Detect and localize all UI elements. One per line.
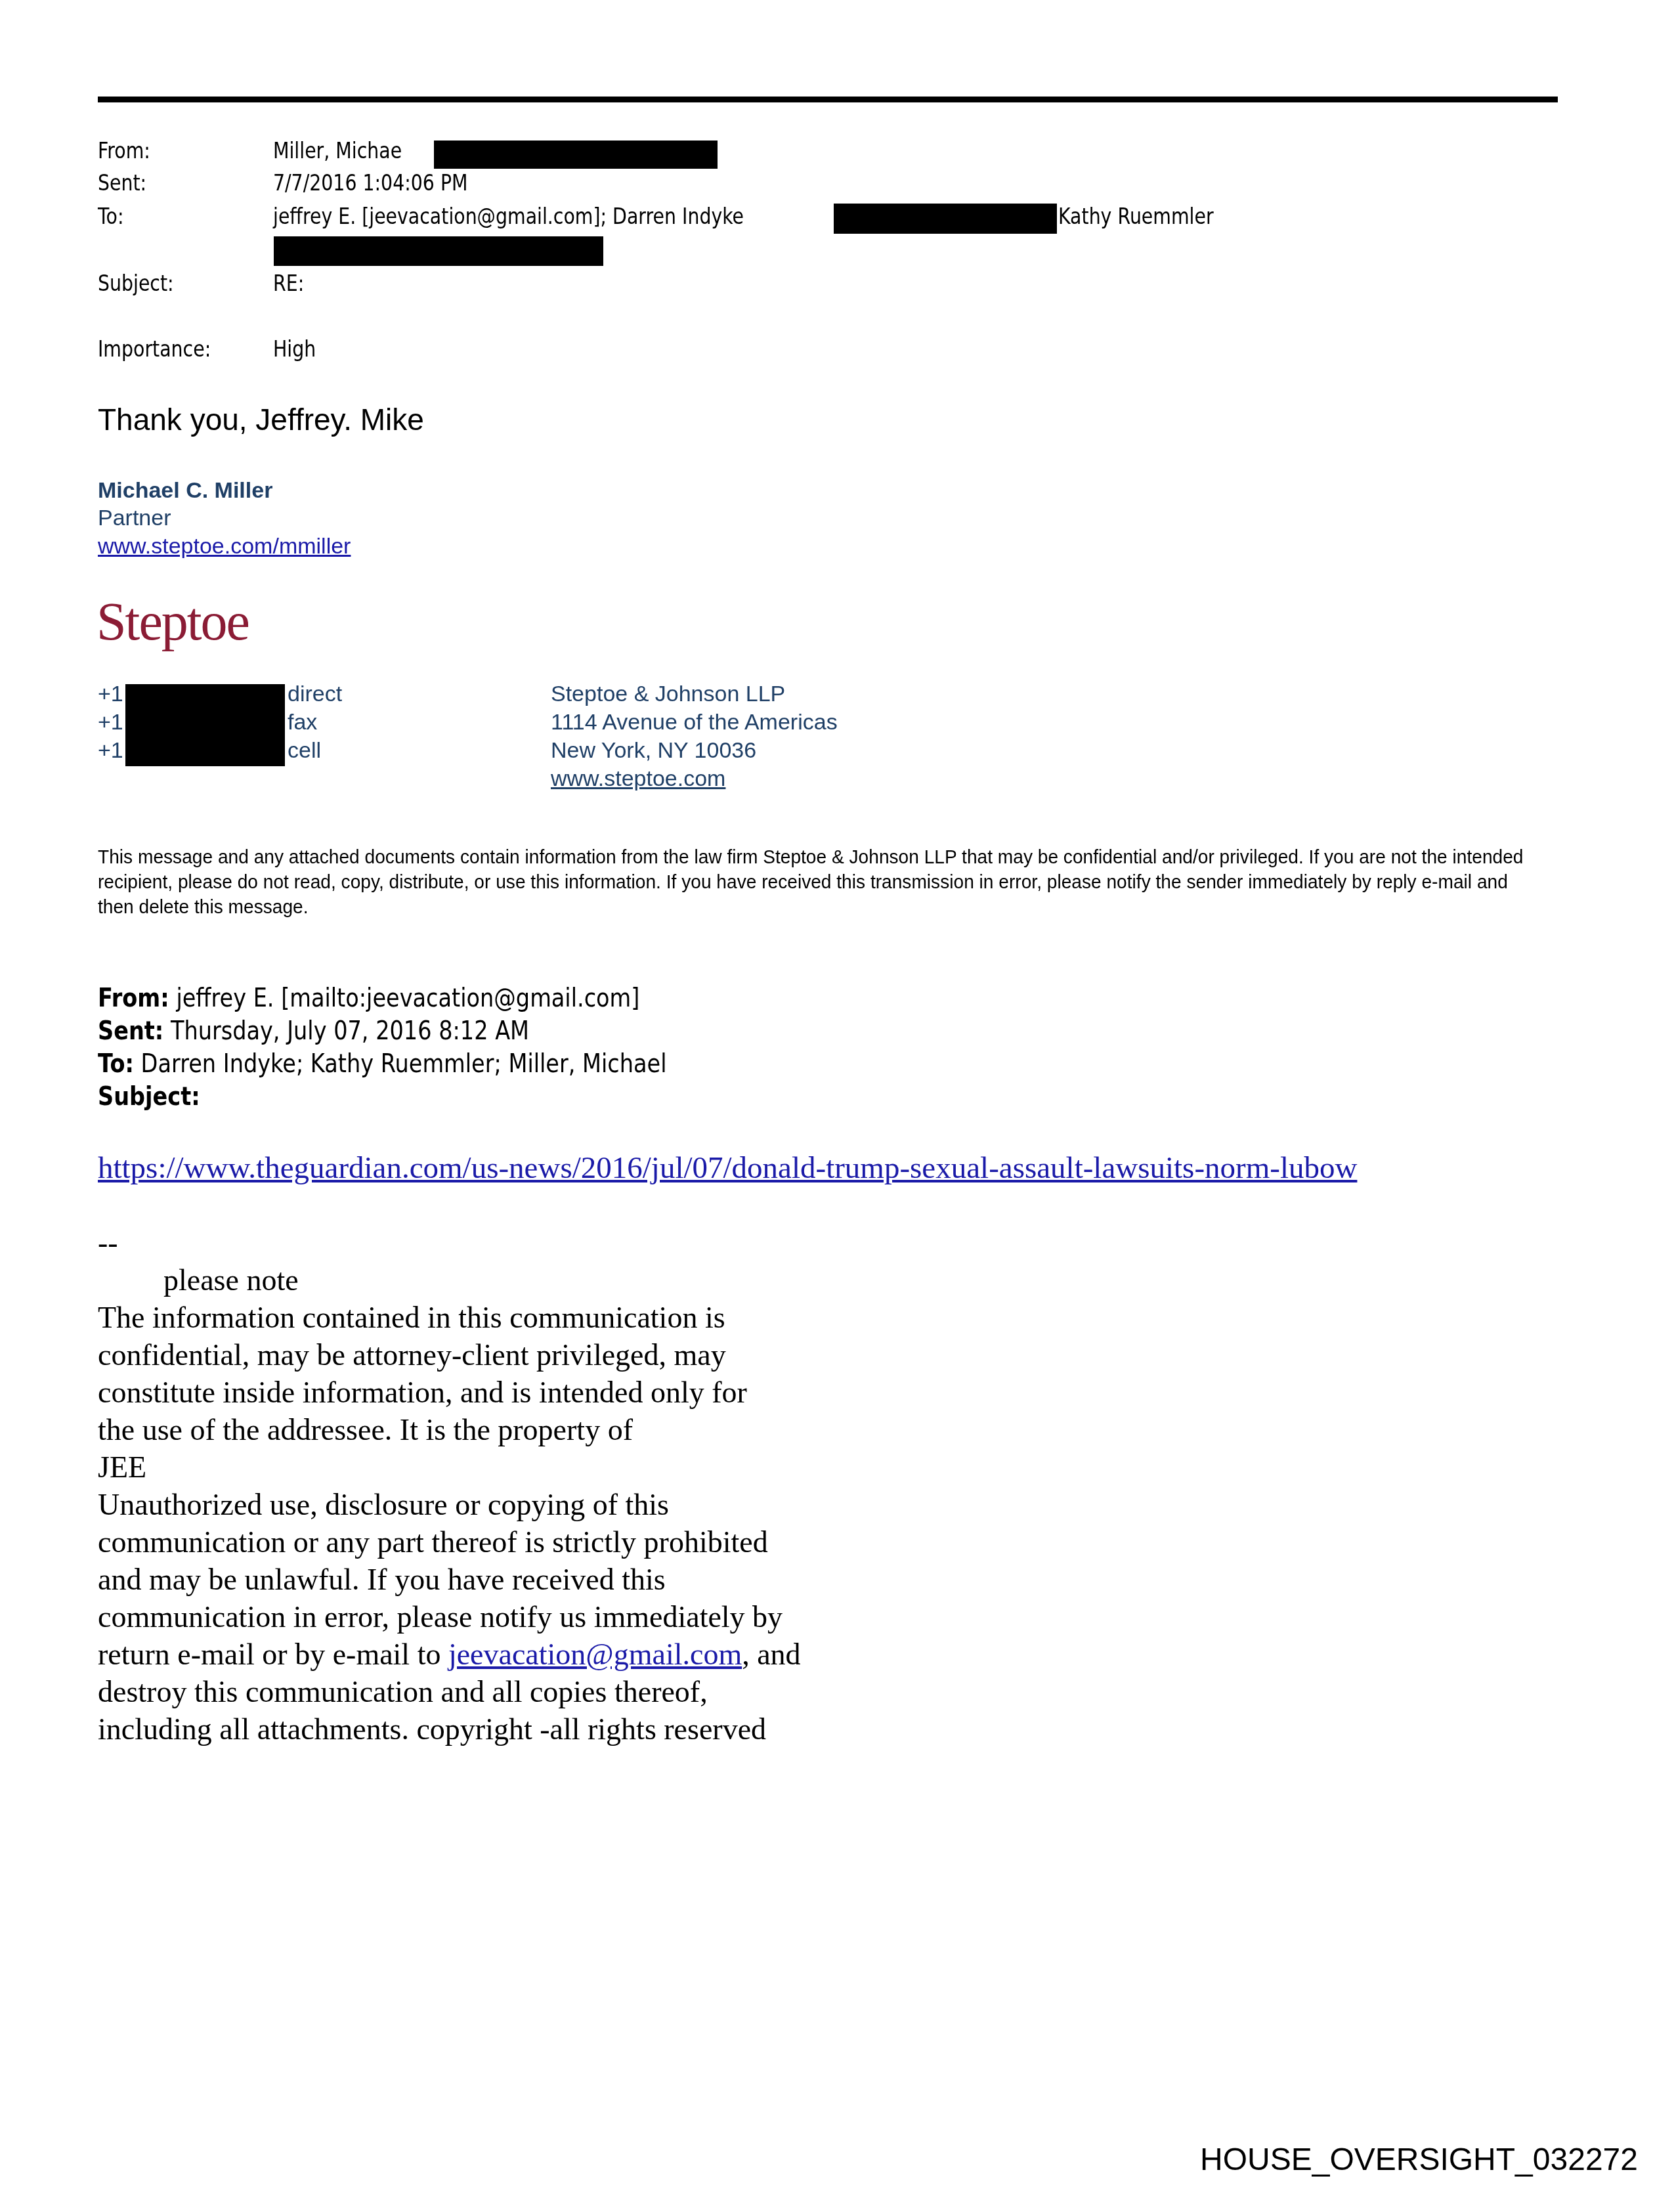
email-link[interactable]: jeevacation@gmail.com (448, 1637, 742, 1671)
importance-value: High (273, 336, 316, 362)
notice-line: destroy this communication and all copie… (98, 1673, 801, 1710)
notice-line: The information contained in this commun… (98, 1299, 801, 1336)
redaction-from-email (434, 141, 718, 169)
top-divider (98, 97, 1558, 102)
please-note: please note (163, 1261, 299, 1299)
phone-prefix-direct: +1 (98, 682, 123, 707)
guardian-article-link[interactable]: https://www.theguardian.com/us-news/2016… (98, 1150, 1357, 1186)
notice-line: constitute inside information, and is in… (98, 1374, 801, 1411)
address-city: New York, NY 10036 (551, 738, 756, 764)
steptoe-logo: Steptoe (97, 591, 249, 653)
bates-number: HOUSE_OVERSIGHT_032272 (1200, 2142, 1638, 2178)
phone-prefix-fax: +1 (98, 710, 123, 735)
from-label: From: (98, 138, 150, 164)
subject-value: RE: (273, 271, 304, 297)
fwd-subject-label: Subject: (98, 1082, 200, 1112)
phone-label-cell: cell (288, 738, 321, 764)
return-text: return e-mail or by e-mail to (98, 1637, 448, 1671)
fwd-subject-line: Subject: (98, 1081, 200, 1114)
phone-label-fax: fax (288, 710, 317, 735)
signature-separator: -- (98, 1224, 118, 1261)
notice-line: communication or any part thereof is str… (98, 1523, 801, 1561)
redaction-indyke-email (834, 204, 1057, 234)
message-body: Thank you, Jeffrey. Mike (98, 402, 424, 437)
notice-line: communication in error, please notify us… (98, 1598, 801, 1636)
fwd-sent-line: Sent: Thursday, July 07, 2016 8:12 AM (98, 1015, 529, 1048)
notice-line: JEE (98, 1448, 801, 1486)
notice-line: and may be unlawful. If you have receive… (98, 1561, 801, 1598)
redaction-ruemmler-email (274, 236, 603, 266)
fwd-to-value: Darren Indyke; Kathy Ruemmler; Miller, M… (134, 1049, 667, 1079)
signature-title: Partner (98, 506, 171, 531)
subject-label: Subject: (98, 271, 174, 297)
to-value-2: Kathy Ruemmler (1058, 204, 1214, 230)
phone-prefix-cell: +1 (98, 738, 123, 764)
notice-line: Unauthorized use, disclosure or copying … (98, 1486, 801, 1523)
fwd-to-label: To: (98, 1049, 134, 1079)
fwd-to-line: To: Darren Indyke; Kathy Ruemmler; Mille… (98, 1048, 667, 1081)
to-label: To: (98, 204, 123, 230)
fwd-sent-value: Thursday, July 07, 2016 8:12 AM (163, 1016, 529, 1046)
firm-website-link[interactable]: www.steptoe.com (551, 766, 725, 792)
fwd-from-line: From: jeffrey E. [mailto:jeevacation@gma… (98, 982, 639, 1015)
redaction-phone-numbers (125, 684, 285, 766)
address-firm: Steptoe & Johnson LLP (551, 682, 785, 707)
legal-disclaimer: This message and any attached documents … (98, 845, 1524, 920)
to-value-1: jeffrey E. [jeevacation@gmail.com]; Darr… (273, 204, 744, 230)
sent-label: Sent: (98, 170, 146, 196)
fwd-from-value: jeffrey E. [mailto:jeevacation@gmail.com… (169, 984, 640, 1013)
confidentiality-notice: The information contained in this commun… (98, 1299, 801, 1748)
fwd-from-label: From: (98, 984, 169, 1013)
sent-value: 7/7/2016 1:04:06 PM (273, 170, 468, 196)
signature-name: Michael C. Miller (98, 478, 272, 504)
return-text-end: , and (742, 1637, 800, 1671)
notice-line: including all attachments. copyright -al… (98, 1710, 801, 1748)
fwd-sent-label: Sent: (98, 1016, 163, 1046)
importance-label: Importance: (98, 336, 211, 362)
phone-label-direct: direct (288, 682, 342, 707)
signature-profile-link[interactable]: www.steptoe.com/mmiller (98, 534, 351, 559)
notice-line-return: return e-mail or by e-mail to jeevacatio… (98, 1636, 801, 1673)
notice-line: confidential, may be attorney-client pri… (98, 1336, 801, 1374)
from-value: Miller, Michae (273, 138, 402, 164)
notice-line: the use of the addressee. It is the prop… (98, 1411, 801, 1448)
address-street: 1114 Avenue of the Americas (551, 710, 838, 735)
